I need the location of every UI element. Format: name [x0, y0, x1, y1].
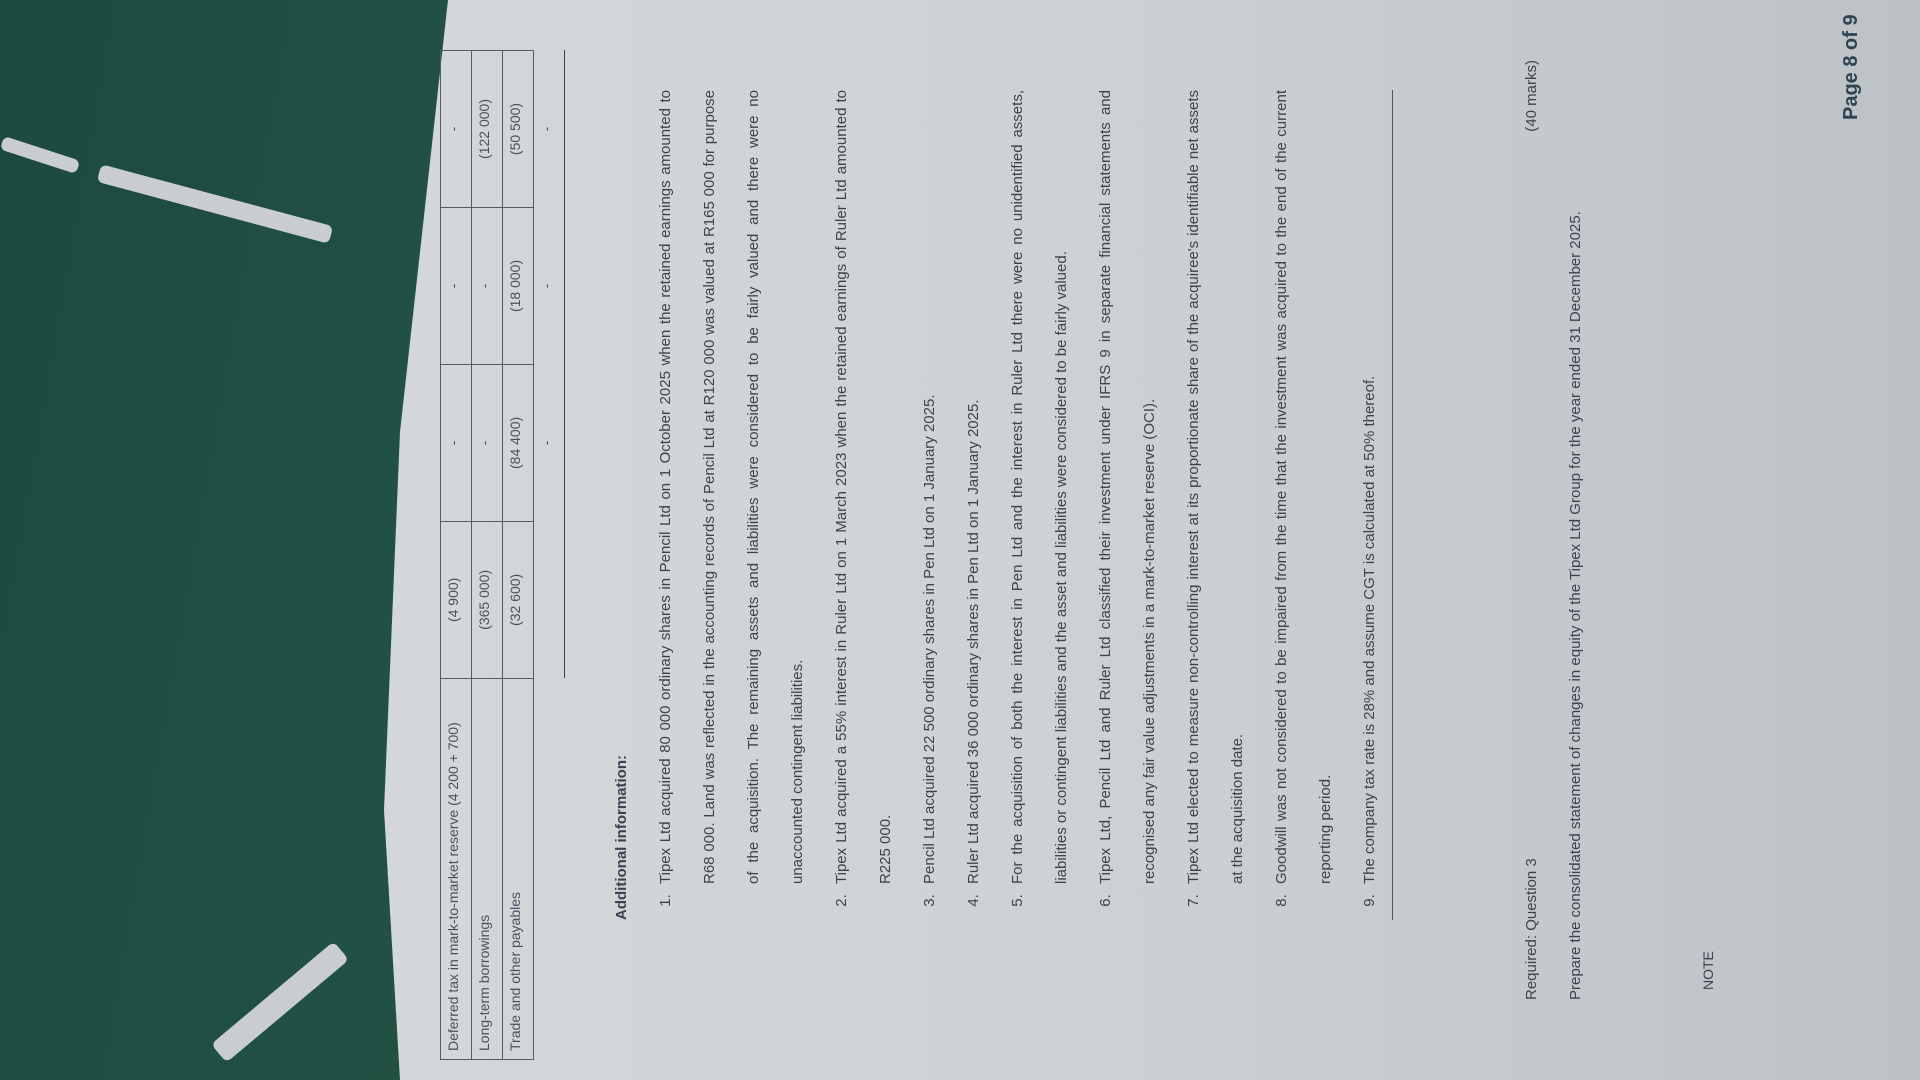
- row-value: (84 400): [503, 364, 534, 521]
- table-row: Trade and other payables(32 600)(84 400)…: [503, 51, 534, 1060]
- note-label: NOTE: [1700, 951, 1716, 990]
- row-value: (365 000): [472, 521, 503, 678]
- marks-label: (40 marks): [1510, 60, 1554, 132]
- required-text: Prepare the consolidated statement of ch…: [1554, 60, 1598, 1000]
- row-value: -: [441, 51, 472, 208]
- balance-table: Deferred tax in mark-to-market reserve (…: [440, 50, 565, 1060]
- row-label: Long-term borrowings: [472, 678, 503, 1059]
- fabric-stripe: [97, 164, 333, 244]
- info-item: The company tax rate is 28% and assume C…: [1348, 90, 1392, 890]
- row-value: [534, 521, 565, 678]
- row-value: -: [534, 207, 565, 364]
- page-number: Page 8 of 9: [1840, 14, 1863, 120]
- required-heading: Required: Question 3: [1510, 858, 1554, 1000]
- table-row: ---: [534, 51, 565, 1060]
- fabric-stripe: [211, 941, 349, 1062]
- row-value: (50 500): [503, 51, 534, 208]
- row-value: -: [472, 364, 503, 521]
- row-label: Deferred tax in mark-to-market reserve (…: [441, 678, 472, 1059]
- info-item: Goodwill was not considered to be impair…: [1260, 90, 1348, 890]
- row-value: -: [441, 364, 472, 521]
- row-value: -: [534, 364, 565, 521]
- row-value: -: [441, 207, 472, 364]
- additional-information: Additional information: Tipex Ltd acquir…: [600, 90, 1393, 920]
- row-value: (122 000): [472, 51, 503, 208]
- exam-page: Deferred tax in mark-to-market reserve (…: [340, 0, 1900, 1080]
- info-item: For the acquisition of both the interest…: [996, 90, 1084, 890]
- fabric-stripe: [0, 136, 80, 174]
- row-label: Trade and other payables: [503, 678, 534, 1059]
- required-section: Required: Question 3 (40 marks) Prepare …: [1510, 60, 1598, 1000]
- row-label: [534, 678, 565, 1059]
- info-item: Tipex Ltd acquired a 55% interest in Rul…: [820, 90, 908, 890]
- row-value: -: [472, 207, 503, 364]
- info-list: Tipex Ltd acquired 80 000 ordinary share…: [644, 90, 1392, 920]
- info-item: Ruler Ltd acquired 36 000 ordinary share…: [952, 90, 996, 890]
- info-title: Additional information:: [600, 90, 644, 920]
- info-item: Tipex Ltd, Pencil Ltd and Ruler Ltd clas…: [1084, 90, 1172, 890]
- row-value: (32 600): [503, 521, 534, 678]
- info-item: Tipex Ltd elected to measure non-control…: [1172, 90, 1260, 890]
- info-item: Tipex Ltd acquired 80 000 ordinary share…: [644, 90, 820, 890]
- table-row: Long-term borrowings(365 000)--(122 000): [472, 51, 503, 1060]
- row-value: (18 000): [503, 207, 534, 364]
- table-row: Deferred tax in mark-to-market reserve (…: [441, 51, 472, 1060]
- info-item: Pencil Ltd acquired 22 500 ordinary shar…: [908, 90, 952, 890]
- row-value: -: [534, 51, 565, 208]
- row-value: (4 900): [441, 521, 472, 678]
